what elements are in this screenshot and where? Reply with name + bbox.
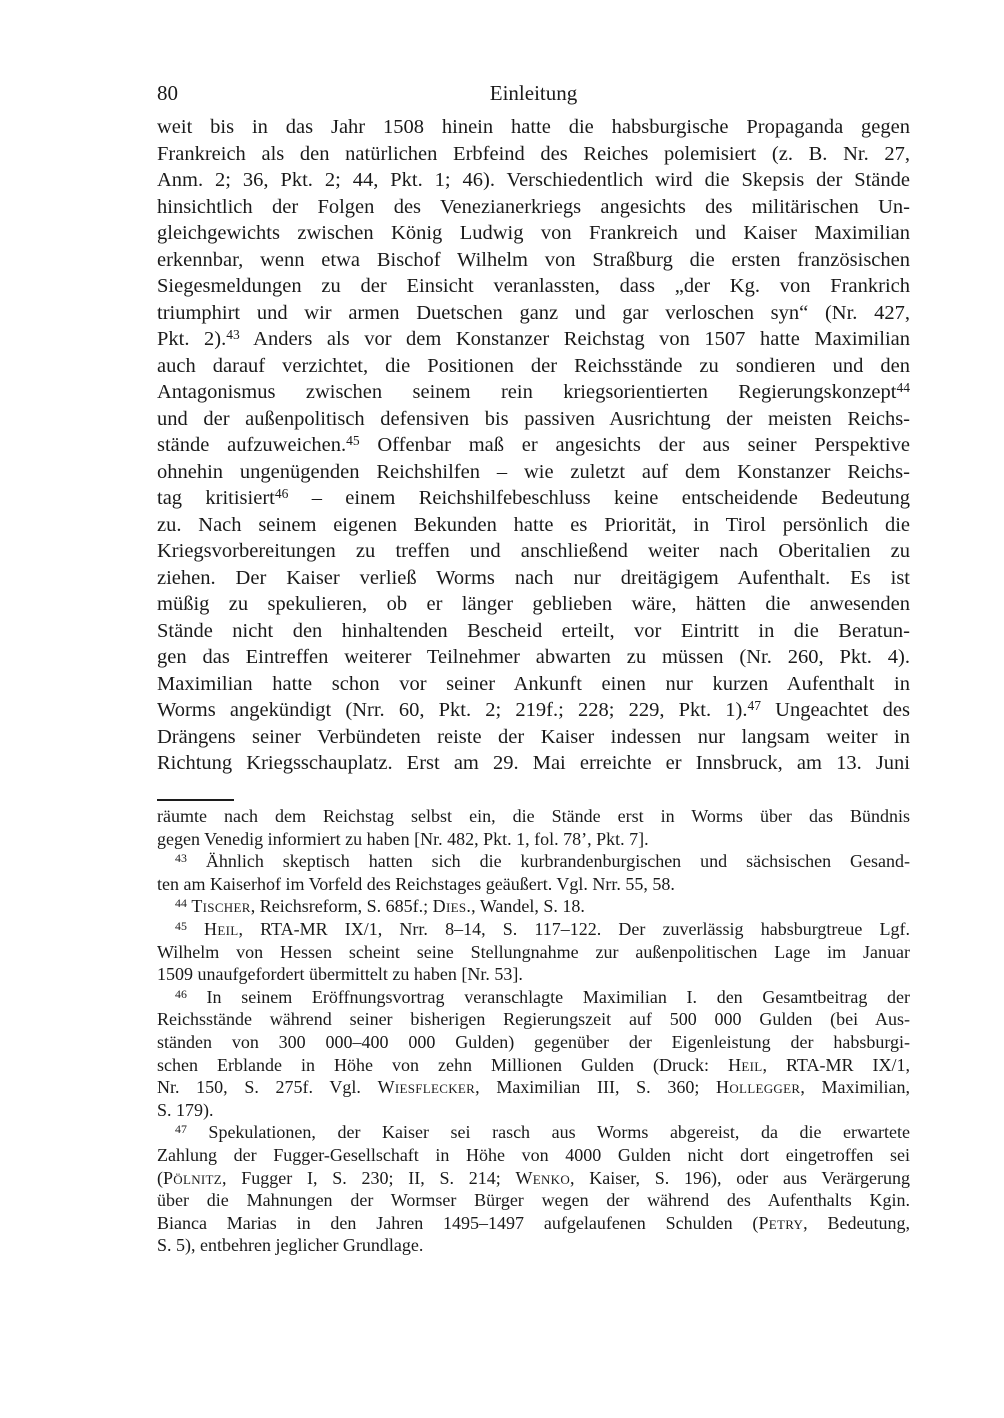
- book-page: 80 Einleitung weit bis in das Jahr 1508 …: [0, 0, 1004, 1418]
- footnote-marker: 47: [747, 698, 761, 713]
- text-segment: auch darauf verzichtet, die Positionen d…: [157, 355, 910, 377]
- text-segment: Drängens seiner Verbündeten reiste der K…: [157, 726, 910, 748]
- text-segment: S. 179).: [157, 1100, 214, 1120]
- text-line: stände aufzuweichen.45 Offenbar maß er a…: [157, 432, 910, 459]
- text-segment: stände aufzuweichen.: [157, 434, 346, 456]
- text-line: S. 5), entbehren jeglicher Grundlage.: [157, 1234, 910, 1257]
- text-segment: Antagonismus zwischen seinem rein kriegs…: [157, 381, 896, 403]
- text-segment: schen Erblande in Höhe von zehn Millione…: [157, 1055, 728, 1075]
- paragraph: 47 Spekulationen, der Kaiser sei rasch a…: [157, 1121, 910, 1257]
- text-line: Anm. 2; 36, Pkt. 2; 44, Pkt. 1; 46). Ver…: [157, 167, 910, 194]
- text-segment: 1509 unaufgefordert übermittelt zu haben…: [157, 964, 523, 984]
- text-segment: Frankreich als den natürlichen Erbfeind …: [157, 143, 910, 165]
- text-segment: , Reichsreform, S. 685f.;: [251, 896, 433, 916]
- text-segment: müßig zu spekulieren, ob er länger gebli…: [157, 593, 910, 615]
- paragraph: räumte nach dem Reichstag selbst ein, di…: [157, 805, 910, 850]
- text-segment: und der außenpolitisch defensiven bis pa…: [157, 408, 910, 430]
- text-line: weit bis in das Jahr 1508 hinein hatte d…: [157, 114, 910, 141]
- text-segment: , Maximilian,: [800, 1077, 910, 1097]
- text-segment: Spekulationen, der Kaiser sei rasch aus …: [187, 1122, 910, 1142]
- footnote-marker: 44: [175, 896, 187, 910]
- text-line: 44 Tischer, Reichsreform, S. 685f.; Dies…: [157, 895, 910, 918]
- text-segment: ständen von 300 000–400 000 Gulden) gege…: [157, 1032, 910, 1052]
- text-segment: hinsichtlich der Folgen des Venezianerkr…: [157, 196, 910, 218]
- text-segment: [187, 919, 204, 939]
- text-line: Drängens seiner Verbündeten reiste der K…: [157, 724, 910, 751]
- text-segment: erkennbar, wenn etwa Bischof Wilhelm von…: [157, 249, 910, 271]
- text-line: müßig zu spekulieren, ob er länger gebli…: [157, 591, 910, 618]
- text-line: Bianca Marias in den Jahren 1495–1497 au…: [157, 1212, 910, 1235]
- text-segment: Anders als vor dem Konstanzer Reichstag …: [240, 328, 910, 350]
- author-name-smallcaps: Pölnitz: [163, 1168, 222, 1188]
- text-line: Richtung Kriegsschauplatz. Erst am 29. M…: [157, 750, 910, 777]
- text-line: 1509 unaufgefordert übermittelt zu haben…: [157, 963, 910, 986]
- text-segment: Stände nicht den hinhaltenden Bescheid e…: [157, 620, 910, 642]
- text-segment: weit bis in das Jahr 1508 hinein hatte d…: [157, 116, 910, 138]
- author-name-smallcaps: Petry: [758, 1213, 803, 1233]
- text-line: Wilhelm von Hessen scheint seine Stellun…: [157, 941, 910, 964]
- footnote-separator-rule: [157, 799, 234, 801]
- text-segment: ohnehin ungenügenden Reichshilfen – wie …: [157, 461, 910, 483]
- text-segment: , RTA-MR IX/1,: [762, 1055, 910, 1075]
- text-line: (Pölnitz, Fugger I, S. 230; II, S. 214; …: [157, 1167, 910, 1190]
- footnote-marker: 46: [275, 486, 289, 501]
- text-line: ständen von 300 000–400 000 Gulden) gege…: [157, 1031, 910, 1054]
- text-line: Maximilian hatte schon vor seiner Ankunf…: [157, 671, 910, 698]
- text-segment: Richtung Kriegsschauplatz. Erst am 29. M…: [157, 752, 910, 774]
- text-segment: tag kritisiert: [157, 487, 275, 509]
- text-line: ziehen. Der Kaiser verließ Worms nach nu…: [157, 565, 910, 592]
- text-segment: Bianca Marias in den Jahren 1495–1497 au…: [157, 1213, 758, 1233]
- text-line: Nr. 150, S. 275f. Vgl. Wiesflecker, Maxi…: [157, 1076, 910, 1099]
- text-line: Zahlung der Fugger-Gesellschaft in Höhe …: [157, 1144, 910, 1167]
- text-line: ten am Kaiserhof im Vorfeld des Reichsta…: [157, 873, 910, 896]
- text-line: hinsichtlich der Folgen des Venezianerkr…: [157, 194, 910, 221]
- text-segment: , RTA-MR IX/1, Nrr. 8–14, S. 117–122. De…: [238, 919, 910, 939]
- text-segment: zu. Nach seinem eigenen Bekunden hatte e…: [157, 514, 910, 536]
- text-line: auch darauf verzichtet, die Positionen d…: [157, 353, 910, 380]
- text-segment: Kriegsvorbereitungen zu treffen und ansc…: [157, 540, 910, 562]
- author-name-smallcaps: Wenko: [515, 1168, 570, 1188]
- paragraph: 44 Tischer, Reichsreform, S. 685f.; Dies…: [157, 895, 910, 918]
- footnote-marker: 44: [896, 380, 910, 395]
- text-line: schen Erblande in Höhe von zehn Millione…: [157, 1054, 910, 1077]
- text-segment: Siegesmeldungen zu der Einsicht veranlas…: [157, 275, 910, 297]
- text-segment: , Wandel, S. 18.: [471, 896, 585, 916]
- paragraph: 45 Heil, RTA-MR IX/1, Nrr. 8–14, S. 117–…: [157, 918, 910, 986]
- footnotes-section: räumte nach dem Reichstag selbst ein, di…: [157, 805, 910, 1257]
- text-line: gleichgewichts zwischen König Ludwig von…: [157, 220, 910, 247]
- author-name-smallcaps: Wiesflecker: [378, 1077, 476, 1097]
- text-line: Reichsstände während seiner bisherigen R…: [157, 1008, 910, 1031]
- text-line: über die Mahnungen der Wormser Bürger we…: [157, 1189, 910, 1212]
- text-segment: – einem Reichshilfebeschluss keine entsc…: [288, 487, 910, 509]
- footnote-marker: 43: [175, 851, 187, 865]
- text-line: erkennbar, wenn etwa Bischof Wilhelm von…: [157, 247, 910, 274]
- text-line: ohnehin ungenügenden Reichshilfen – wie …: [157, 459, 910, 486]
- text-segment: , Maximilian III, S. 360;: [475, 1077, 716, 1097]
- text-line: 47 Spekulationen, der Kaiser sei rasch a…: [157, 1121, 910, 1144]
- text-segment: triumphirt und wir armen Duetschen ganz …: [157, 302, 910, 324]
- author-name-smallcaps: Hollegger: [716, 1077, 800, 1097]
- body-text: weit bis in das Jahr 1508 hinein hatte d…: [157, 114, 910, 777]
- text-segment: Anm. 2; 36, Pkt. 2; 44, Pkt. 1; 46). Ver…: [157, 169, 910, 191]
- text-segment: gen das Eintreffen weiterer Teilnehmer a…: [157, 646, 910, 668]
- text-line: Siegesmeldungen zu der Einsicht veranlas…: [157, 273, 910, 300]
- footnote-marker: 46: [175, 987, 187, 1001]
- page-number: 80: [157, 80, 178, 106]
- text-line: tag kritisiert46 – einem Reichshilfebesc…: [157, 485, 910, 512]
- text-line: Kriegsvorbereitungen zu treffen und ansc…: [157, 538, 910, 565]
- text-line: Pkt. 2).43 Anders als vor dem Konstanzer…: [157, 326, 910, 353]
- text-segment: ziehen. Der Kaiser verließ Worms nach nu…: [157, 567, 910, 589]
- text-line: 45 Heil, RTA-MR IX/1, Nrr. 8–14, S. 117–…: [157, 918, 910, 941]
- text-line: gegen Venedig informiert zu haben [Nr. 4…: [157, 828, 910, 851]
- text-segment: Maximilian hatte schon vor seiner Ankunf…: [157, 673, 910, 695]
- footnote-marker: 47: [175, 1122, 187, 1136]
- text-line: S. 179).: [157, 1099, 910, 1122]
- text-segment: räumte nach dem Reichstag selbst ein, di…: [157, 806, 910, 826]
- text-line: Stände nicht den hinhaltenden Bescheid e…: [157, 618, 910, 645]
- text-segment: Worms angekündigt (Nrr. 60, Pkt. 2; 219f…: [157, 699, 747, 721]
- paragraph: 46 In seinem Eröffnungsvortrag veranschl…: [157, 986, 910, 1122]
- author-name-smallcaps: Dies.: [433, 896, 472, 916]
- text-segment: gleichgewichts zwischen König Ludwig von…: [157, 222, 910, 244]
- text-segment: S. 5), entbehren jeglicher Grundlage.: [157, 1235, 423, 1255]
- text-segment: Ungeachtet des: [761, 699, 910, 721]
- text-segment: , Bedeutung,: [803, 1213, 910, 1233]
- text-line: Worms angekündigt (Nrr. 60, Pkt. 2; 219f…: [157, 697, 910, 724]
- text-segment: Reichsstände während seiner bisherigen R…: [157, 1009, 910, 1029]
- author-name-smallcaps: Heil: [728, 1055, 762, 1075]
- text-segment: über die Mahnungen der Wormser Bürger we…: [157, 1190, 910, 1210]
- text-line: Antagonismus zwischen seinem rein kriegs…: [157, 379, 910, 406]
- text-segment: gegen Venedig informiert zu haben [Nr. 4…: [157, 829, 649, 849]
- text-line: zu. Nach seinem eigenen Bekunden hatte e…: [157, 512, 910, 539]
- text-segment: Wilhelm von Hessen scheint seine Stellun…: [157, 942, 910, 962]
- text-line: triumphirt und wir armen Duetschen ganz …: [157, 300, 910, 327]
- author-name-smallcaps: Tischer: [191, 896, 250, 916]
- page-header: 80 Einleitung: [157, 80, 910, 106]
- text-segment: In seinem Eröffnungsvortrag veranschlagt…: [187, 987, 910, 1007]
- author-name-smallcaps: Heil: [204, 919, 238, 939]
- text-segment: Ähnlich skeptisch hatten sich die kurbra…: [187, 851, 910, 871]
- footnote-marker: 45: [175, 919, 187, 933]
- text-segment: , Fugger I, S. 230; II, S. 214;: [222, 1168, 515, 1188]
- text-segment: , Kaiser, S. 196), oder aus Verärgerung: [570, 1168, 910, 1188]
- text-segment: Nr. 150, S. 275f. Vgl.: [157, 1077, 378, 1097]
- paragraph: weit bis in das Jahr 1508 hinein hatte d…: [157, 114, 910, 777]
- footnote-marker: 45: [346, 433, 360, 448]
- running-header-title: Einleitung: [157, 80, 910, 106]
- text-line: räumte nach dem Reichstag selbst ein, di…: [157, 805, 910, 828]
- text-segment: Pkt. 2).: [157, 328, 226, 350]
- text-line: gen das Eintreffen weiterer Teilnehmer a…: [157, 644, 910, 671]
- text-segment: Zahlung der Fugger-Gesellschaft in Höhe …: [157, 1145, 910, 1165]
- text-line: 43 Ähnlich skeptisch hatten sich die kur…: [157, 850, 910, 873]
- footnote-marker: 43: [226, 327, 240, 342]
- paragraph: 43 Ähnlich skeptisch hatten sich die kur…: [157, 850, 910, 895]
- text-line: und der außenpolitisch defensiven bis pa…: [157, 406, 910, 433]
- text-segment: Offenbar maß er angesichts der aus seine…: [360, 434, 910, 456]
- text-line: Frankreich als den natürlichen Erbfeind …: [157, 141, 910, 168]
- text-line: 46 In seinem Eröffnungsvortrag veranschl…: [157, 986, 910, 1009]
- text-segment: ten am Kaiserhof im Vorfeld des Reichsta…: [157, 874, 675, 894]
